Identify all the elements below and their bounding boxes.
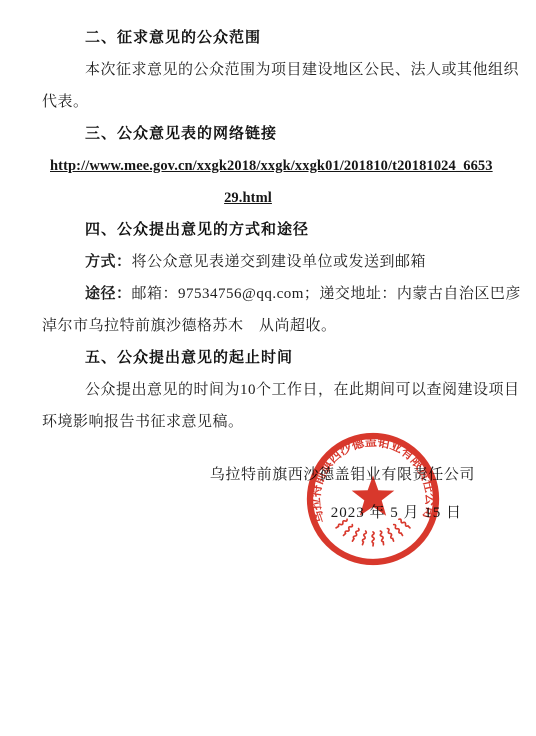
paragraph-line: 环境影响报告书征求意见稿。 xyxy=(0,406,536,438)
channel-line: 途径：邮箱：97534756@qq.com；递交地址：内蒙古自治区巴彦 xyxy=(0,278,536,310)
company-seal-stamp: 乌拉特前旗西沙德盖钼业有限责任公司 xyxy=(303,429,443,569)
method-text: 将公众意见表递交到建设单位或发送到邮箱 xyxy=(132,254,427,270)
star-icon xyxy=(352,475,395,516)
company-name: 乌拉特前旗西沙德盖钼业有限责任公司 xyxy=(0,464,536,486)
channel-text: 邮箱：97534756@qq.com；递交地址：内蒙古自治区巴彦 xyxy=(132,286,521,302)
paragraph-line: 淖尔市乌拉特前旗沙德格苏木 从尚超收。 xyxy=(0,310,536,342)
document-body: 二、征求意见的公众范围 本次征求意见的公众范围为项目建设地区公民、法人或其他组织… xyxy=(0,0,536,438)
heading-section-2: 二、征求意见的公众范围 xyxy=(0,22,536,54)
heading-section-5: 五、公众提出意见的起止时间 xyxy=(0,342,536,374)
comment-form-url-line-2[interactable]: 29.html xyxy=(0,182,536,214)
channel-label: 途径： xyxy=(85,285,132,302)
signature-block: 乌拉特前旗西沙德盖钼业有限责任公司 2023 年 5 月 15 日 xyxy=(0,464,536,524)
method-label: 方式： xyxy=(85,253,132,270)
signature-date: 2023 年 5 月 15 日 xyxy=(0,502,536,524)
method-line: 方式：将公众意见表递交到建设单位或发送到邮箱 xyxy=(0,246,536,278)
paragraph-line: 公众提出意见的时间为10个工作日，在此期间可以查阅建设项目 xyxy=(0,374,536,406)
paragraph-line: 代表。 xyxy=(0,86,536,118)
heading-section-3: 三、公众意见表的网络链接 xyxy=(0,118,536,150)
seal-mongolian-script xyxy=(335,518,410,546)
paragraph-line: 本次征求意见的公众范围为项目建设地区公民、法人或其他组织 xyxy=(0,54,536,86)
heading-section-4: 四、公众提出意见的方式和途径 xyxy=(0,214,536,246)
scanned-document-page: 二、征求意见的公众范围 本次征求意见的公众范围为项目建设地区公民、法人或其他组织… xyxy=(0,0,536,736)
comment-form-url-line-1[interactable]: http://www.mee.gov.cn/xxgk2018/xxgk/xxgk… xyxy=(0,150,536,182)
